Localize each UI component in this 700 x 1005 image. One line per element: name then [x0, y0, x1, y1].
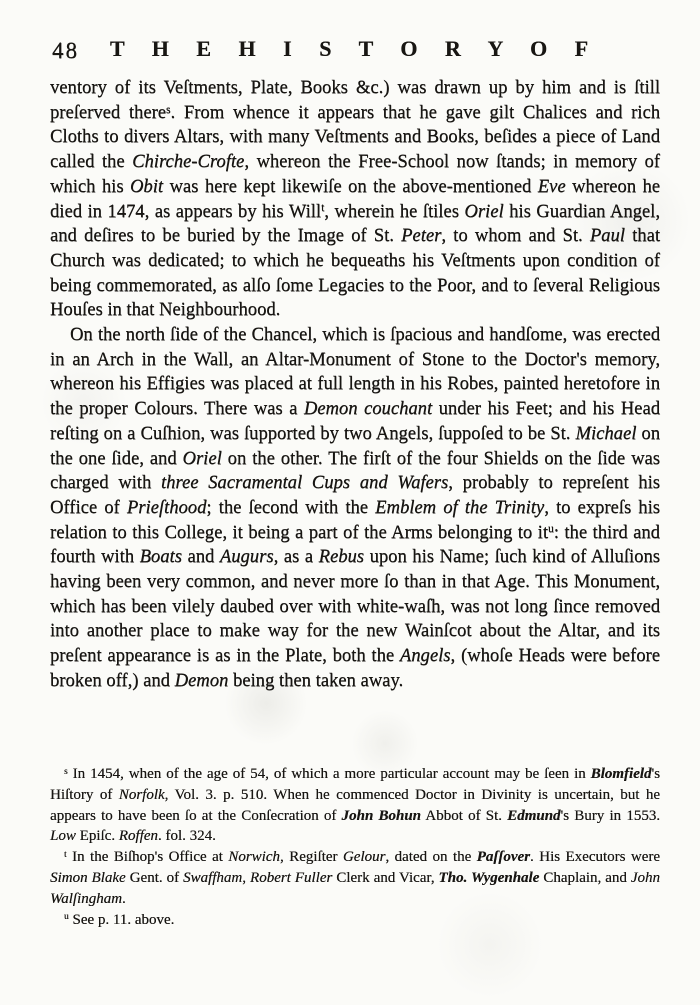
body-text: ventory of its Veſtments, Plate, Books &…: [50, 76, 660, 694]
footnotes: s In 1454, when of the age of 54, of whi…: [50, 764, 660, 930]
paragraph-2: On the north ſide of the Chancel, which …: [50, 323, 660, 694]
footnote-1: s In 1454, when of the age of 54, of whi…: [50, 764, 660, 847]
footnote-2: t In the Biſhop's Office at Norwich, Reg…: [50, 847, 660, 909]
scanned-book-page: 48 T H E H I S T O R Y O F ventory of it…: [0, 0, 700, 1005]
running-title: T H E H I S T O R Y O F: [50, 36, 656, 62]
paragraph-1: ventory of its Veſtments, Plate, Books &…: [50, 76, 660, 323]
footnote-3: u See p. 11. above.: [50, 910, 660, 931]
page-header: 48 T H E H I S T O R Y O F: [50, 36, 656, 66]
